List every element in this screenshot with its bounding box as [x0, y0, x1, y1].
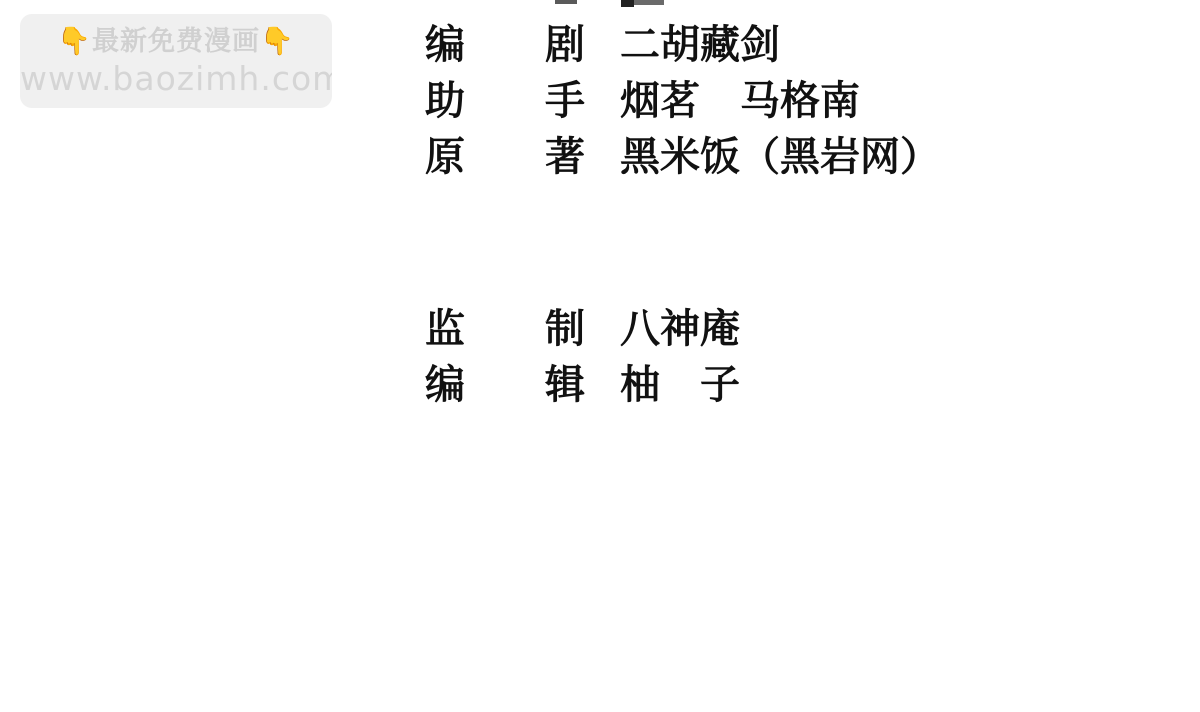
cropped-glyph-fragment [555, 0, 577, 4]
credit-role-char: 原 [425, 134, 465, 180]
credit-role-char: 剧 [545, 22, 585, 68]
watermark-slogan: 👇最新免费漫画👇 [20, 26, 332, 58]
credit-row-supervisor: 监 制 八神庵 [425, 306, 740, 352]
credit-role-label: 助 手 [425, 78, 585, 124]
credit-role-char: 手 [545, 78, 585, 124]
credit-role-label: 编 辑 [425, 362, 585, 408]
credit-role-char: 辑 [545, 362, 585, 408]
cropped-glyph-fragment [634, 0, 664, 5]
credit-role-label: 监 制 [425, 306, 585, 352]
credit-role-char: 著 [545, 134, 585, 180]
site-watermark: 👇最新免费漫画👇 www.baozimh.com [20, 14, 332, 108]
credit-row-editor: 编 辑 柚 子 [425, 362, 740, 408]
comic-credits-page: 👇最新免费漫画👇 www.baozimh.com 编 剧 二胡藏剑 助 手 烟茗… [0, 0, 1200, 712]
credit-name: 二胡藏剑 [620, 22, 780, 68]
watermark-url: www.baozimh.com [20, 61, 332, 97]
cropped-glyph-fragment [621, 0, 634, 7]
credit-row-original-author: 原 著 黑米饭（黑岩网） [425, 134, 940, 180]
credit-role-char: 制 [545, 306, 585, 352]
credit-role-char: 监 [425, 306, 465, 352]
credit-row-screenwriter: 编 剧 二胡藏剑 [425, 22, 780, 68]
credit-role-char: 编 [425, 22, 465, 68]
credit-role-char: 助 [425, 78, 465, 124]
credit-name: 烟茗 马格南 [620, 78, 860, 124]
credit-name: 黑米饭（黑岩网） [620, 134, 940, 180]
credit-role-label: 原 著 [425, 134, 585, 180]
credit-row-assistant: 助 手 烟茗 马格南 [425, 78, 860, 124]
credit-role-char: 编 [425, 362, 465, 408]
credit-name: 八神庵 [620, 306, 740, 352]
credit-role-label: 编 剧 [425, 22, 585, 68]
credit-name: 柚 子 [620, 362, 740, 408]
